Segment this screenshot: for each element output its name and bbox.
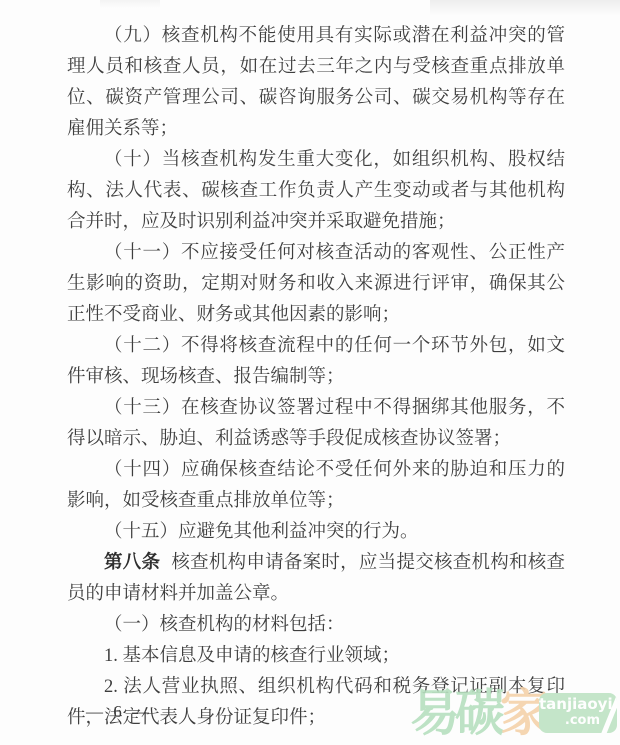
document-paragraph: （十一）不应接受任何对核查活动的客观性、公正性产生影响的资助，定期对财务和收入来… xyxy=(67,238,565,331)
document-paragraph: （九）核查机构不能使用具有实际或潜在利益冲突的管理人员和核查人员，如在过去三年之… xyxy=(67,21,565,145)
list-intro-paragraph: （一）核查机构的材料包括： xyxy=(67,610,565,641)
document-paragraph: （十三）在核查协议签署过程中不得捆绑其他服务，不得以暗示、胁迫、利益诱惑等手段促… xyxy=(67,393,565,455)
article-number: 第八条 xyxy=(104,553,160,573)
document-paragraph: （十四）应确保核查结论不受任何外来的胁迫和压力的影响，如受核查重点排放单位等； xyxy=(67,455,565,517)
scan-artifact-top-right xyxy=(430,0,620,16)
document-body: （九）核查机构不能使用具有实际或潜在利益冲突的管理人员和核查人员，如在过去三年之… xyxy=(67,21,565,734)
document-paragraph: （十）当核查机构发生重大变化，如组织机构、股权结构、法人代表、碳核查工作负责人产… xyxy=(67,145,565,238)
scan-artifact-top xyxy=(100,0,160,8)
list-item: 1. 基本信息及申请的核查行业领域； xyxy=(67,641,565,672)
page-number: — 6 — xyxy=(86,702,152,722)
document-paragraph: （十二）不得将核查流程中的任何一个环节外包，如文件审核、现场核查、报告编制等； xyxy=(67,331,565,393)
document-paragraph: （十五）应避免其他利益冲突的行为。 xyxy=(67,517,565,548)
article-8-paragraph: 第八条核查机构申请备案时，应当提交核查机构和核查员的申请材料并加盖公章。 xyxy=(67,548,565,610)
